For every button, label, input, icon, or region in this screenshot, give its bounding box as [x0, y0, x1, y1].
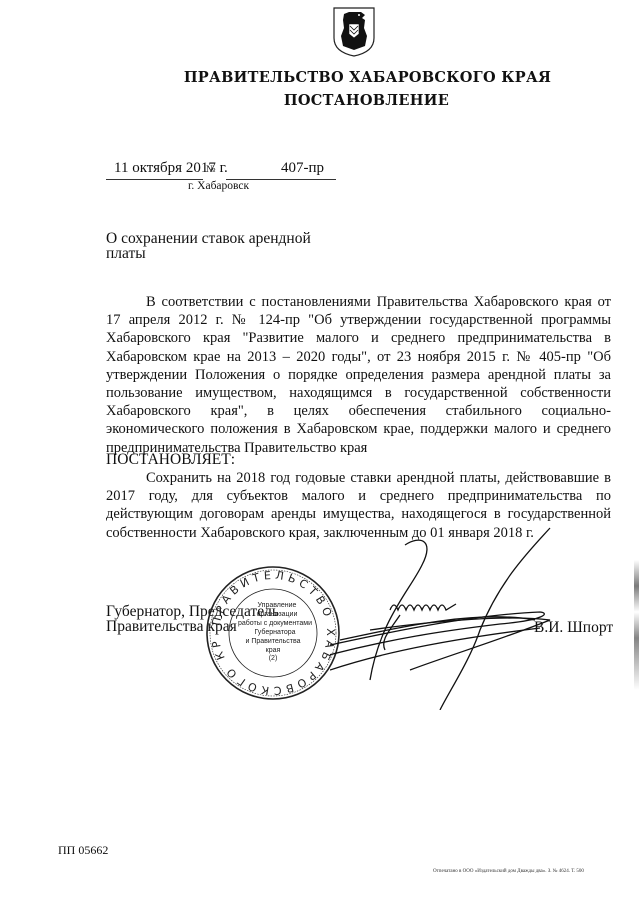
city: г. Хабаровск — [188, 180, 249, 192]
document-type: ПОСТАНОВЛЕНИЕ — [47, 92, 639, 109]
subject-line-1: О сохранении ставок арендной — [106, 231, 346, 246]
handwritten-signature — [330, 520, 560, 710]
svg-text:работы с документами: работы с документами — [238, 619, 312, 627]
number-sign: № — [206, 164, 216, 175]
coat-of-arms-emblem — [331, 6, 377, 58]
svg-text:Управление: Управление — [258, 602, 297, 609]
official-seal-stamp: ПРАВИТЕЛЬСТВО ХАБАРОВСКОГО КРАЯ • Управл… — [203, 563, 343, 703]
decree-word: ПОСТАНОВЛЯЕТ: — [106, 451, 235, 469]
subject: О сохранении ставок арендной платы — [106, 231, 346, 261]
subject-line-2: платы — [106, 246, 346, 261]
date-number-line: 11 октября 2017 г. № 407-пр — [106, 160, 336, 180]
document-code: ПП 05662 — [58, 843, 108, 858]
scan-edge-artifact — [634, 560, 639, 690]
printer-note: Отпечатано в ООО «Издательский дом Дважд… — [433, 869, 584, 874]
svg-text:организации: организации — [257, 611, 298, 618]
document-number: 407-пр — [281, 160, 324, 177]
authority-title: ПРАВИТЕЛЬСТВО ХАБАРОВСКОГО КРАЯ — [48, 69, 639, 86]
svg-text:и Правительства: и Правительства — [245, 638, 300, 645]
preamble-paragraph: В соответствии с постановлениями Правите… — [106, 293, 611, 457]
svg-text:(2): (2) — [269, 655, 278, 662]
svg-text:Губернатора: Губернатора — [254, 628, 295, 636]
preamble-text: В соответствии с постановлениями Правите… — [106, 293, 611, 457]
svg-text:края: края — [266, 647, 281, 654]
